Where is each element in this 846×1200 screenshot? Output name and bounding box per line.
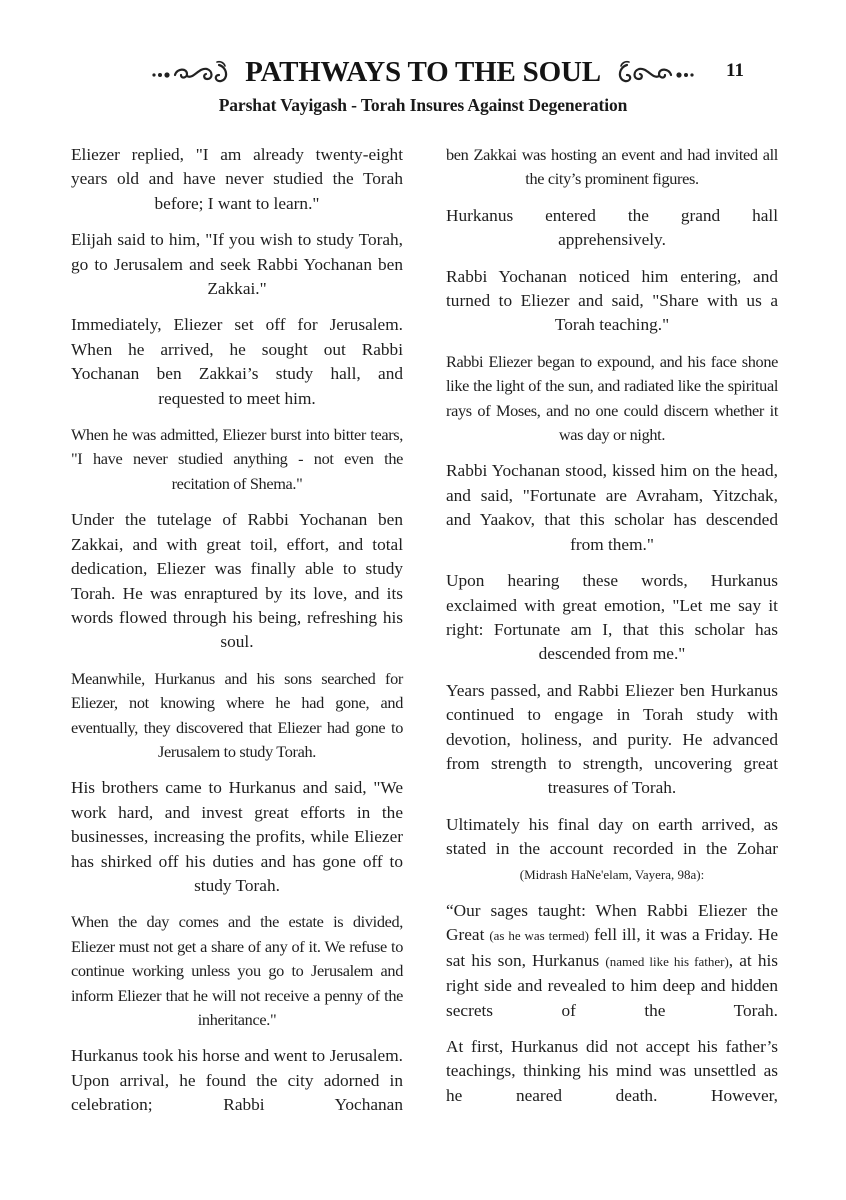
right-column: ben Zakkai was hosting an event and had … xyxy=(446,143,778,1120)
scroll-flourish-left-icon xyxy=(149,57,239,87)
paragraph: When the day comes and the estate is div… xyxy=(71,910,403,1032)
paragraph: Eliezer replied, "I am already twenty-ei… xyxy=(71,143,403,216)
left-column: Eliezer replied, "I am already twenty-ei… xyxy=(71,143,403,1130)
citation: (Midrash HaNe'elam, Vayera, 98a): xyxy=(520,867,704,882)
parenthetical-note: (named like his father) xyxy=(605,954,728,969)
paragraph: Meanwhile, Hurkanus and his sons searche… xyxy=(71,667,403,765)
sages-paragraph: “Our sages taught: When Rabbi Eliezer th… xyxy=(446,899,778,1023)
paragraph: His brothers came to Hurkanus and said, … xyxy=(71,776,403,898)
paragraph: At first, Hurkanus did not accept his fa… xyxy=(446,1035,778,1108)
paragraph: Rabbi Yochanan stood, kissed him on the … xyxy=(446,459,778,557)
page-number: 11 xyxy=(726,60,744,82)
paragraph: Hurkanus took his horse and went to Jeru… xyxy=(71,1044,403,1117)
paragraph: Upon hearing these words, Hurkanus excla… xyxy=(446,569,778,667)
article-subtitle: Parshat Vayigash - Torah Insures Against… xyxy=(0,95,846,116)
paragraph: Under the tutelage of Rabbi Yochanan ben… xyxy=(71,508,403,654)
paragraph: Elijah said to him, "If you wish to stud… xyxy=(71,228,403,301)
parenthetical-note: (as he was termed) xyxy=(489,928,589,943)
publication-title: PATHWAYS TO THE SOUL xyxy=(245,52,601,92)
paragraph: When he was admitted, Eliezer burst into… xyxy=(71,423,403,496)
page-header: PATHWAYS TO THE SOUL 11 xyxy=(0,52,846,92)
paragraph-text: Ultimately his final day on earth arrive… xyxy=(446,815,778,858)
paragraph: Immediately, Eliezer set off for Jerusal… xyxy=(71,313,403,411)
zohar-paragraph: Ultimately his final day on earth arrive… xyxy=(446,813,778,887)
title-row: PATHWAYS TO THE SOUL xyxy=(128,52,718,92)
scroll-flourish-right-icon xyxy=(607,57,697,87)
paragraph: Hurkanus entered the grand hall apprehen… xyxy=(446,204,778,253)
paragraph: Years passed, and Rabbi Eliezer ben Hurk… xyxy=(446,679,778,801)
paragraph: Rabbi Eliezer began to expound, and his … xyxy=(446,350,778,448)
paragraph: ben Zakkai was hosting an event and had … xyxy=(446,143,778,192)
paragraph: Rabbi Yochanan noticed him entering, and… xyxy=(446,265,778,338)
